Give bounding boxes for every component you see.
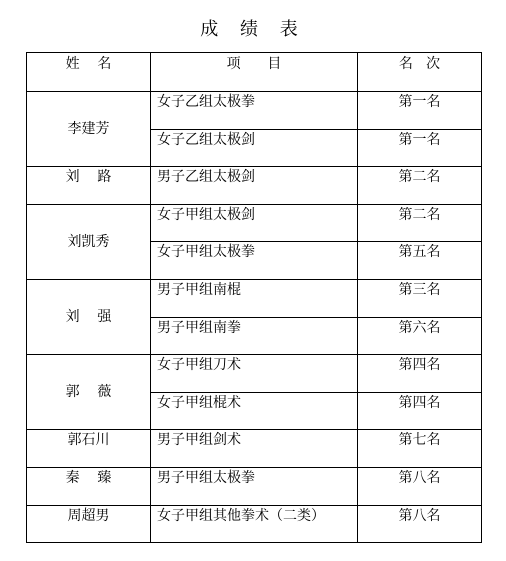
event-cell: 女子乙组太极剑 bbox=[151, 129, 358, 167]
header-event: 项 目 bbox=[151, 53, 358, 92]
athlete-name: 秦 臻 bbox=[27, 467, 151, 505]
event-cell: 女子甲组其他拳术（二类） bbox=[151, 505, 358, 543]
event-cell: 女子甲组太极拳 bbox=[151, 242, 358, 280]
event-cell: 男子甲组南棍 bbox=[151, 279, 358, 317]
table-row: 刘 路 男子乙组太极剑 第二名 bbox=[27, 167, 482, 205]
rank-cell: 第一名 bbox=[358, 129, 482, 167]
event-cell: 女子甲组太极剑 bbox=[151, 204, 358, 242]
event-cell: 女子甲组刀术 bbox=[151, 355, 358, 393]
rank-cell: 第一名 bbox=[358, 92, 482, 130]
event-cell: 男子乙组太极剑 bbox=[151, 167, 358, 205]
rank-cell: 第五名 bbox=[358, 242, 482, 280]
rank-cell: 第六名 bbox=[358, 317, 482, 355]
athlete-name: 郭 薇 bbox=[27, 355, 151, 430]
rank-cell: 第二名 bbox=[358, 167, 482, 205]
athlete-name: 刘 强 bbox=[27, 279, 151, 354]
event-cell: 男子甲组南拳 bbox=[151, 317, 358, 355]
rank-cell: 第三名 bbox=[358, 279, 482, 317]
table-row: 周超男 女子甲组其他拳术（二类） 第八名 bbox=[27, 505, 482, 543]
rank-cell: 第四名 bbox=[358, 392, 482, 430]
athlete-name: 郭石川 bbox=[27, 430, 151, 468]
rank-cell: 第八名 bbox=[358, 467, 482, 505]
table-row: 郭石川 男子甲组剑术 第七名 bbox=[27, 430, 482, 468]
header-rank: 名 次 bbox=[358, 53, 482, 92]
table-row: 秦 臻 男子甲组太极拳 第八名 bbox=[27, 467, 482, 505]
table-row: 刘凯秀 女子甲组太极剑 第二名 bbox=[27, 204, 482, 242]
rank-cell: 第四名 bbox=[358, 355, 482, 393]
rank-cell: 第七名 bbox=[358, 430, 482, 468]
rank-cell: 第二名 bbox=[358, 204, 482, 242]
event-cell: 男子甲组太极拳 bbox=[151, 467, 358, 505]
table-row: 李建芳 女子乙组太极拳 第一名 bbox=[27, 92, 482, 130]
athlete-name: 刘 路 bbox=[27, 167, 151, 205]
athlete-name: 刘凯秀 bbox=[27, 204, 151, 279]
rank-cell: 第八名 bbox=[358, 505, 482, 543]
results-table: 姓 名 项 目 名 次 李建芳 女子乙组太极拳 第一名 女子乙组太极剑 第一名 … bbox=[26, 52, 482, 543]
document-title: 成 绩 表 bbox=[0, 18, 506, 42]
athlete-name: 周超男 bbox=[27, 505, 151, 543]
athlete-name: 李建芳 bbox=[27, 92, 151, 167]
table-row: 郭 薇 女子甲组刀术 第四名 bbox=[27, 355, 482, 393]
event-cell: 女子甲组棍术 bbox=[151, 392, 358, 430]
header-row: 姓 名 项 目 名 次 bbox=[27, 53, 482, 92]
event-cell: 男子甲组剑术 bbox=[151, 430, 358, 468]
event-cell: 女子乙组太极拳 bbox=[151, 92, 358, 130]
header-name: 姓 名 bbox=[27, 53, 151, 92]
table-row: 刘 强 男子甲组南棍 第三名 bbox=[27, 279, 482, 317]
